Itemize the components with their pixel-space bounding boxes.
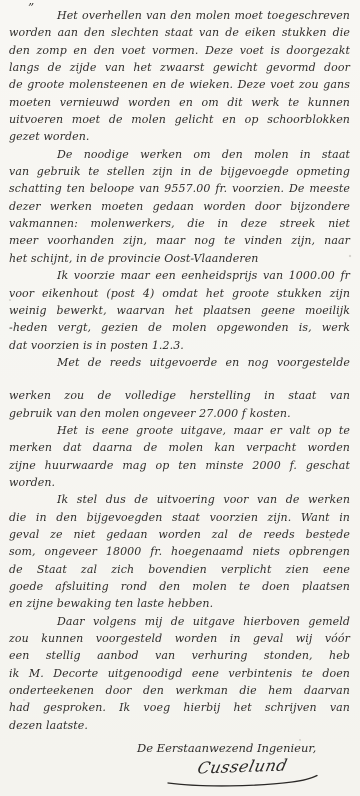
handwritten-line: moeten vernieuwd worden en om dit werk t…: [5, 94, 355, 111]
handwritten-line: gezet worden.: [5, 128, 355, 145]
signature: Cusselund: [127, 758, 357, 788]
handwritten-line: onderteekenen door den werkman die hem d…: [5, 682, 355, 699]
handwritten-line: werken zou de volledige herstelling in s…: [5, 387, 355, 404]
handwritten-line: zou kunnen voorgesteld worden in geval w…: [5, 630, 355, 647]
handwritten-line: zijne huurwaarde mag op ten minste 2000 …: [5, 457, 355, 474]
handwritten-line: ik M. Decorte uitgenoodigd eene verbinte…: [5, 665, 355, 682]
handwritten-line: Het is eene groote uitgave, maar er valt…: [5, 422, 355, 439]
closing-line: De Eerstaanwezend Ingenieur,: [127, 741, 357, 756]
handwritten-line: goede afsluiting rond den molen te doen …: [5, 578, 355, 595]
handwritten-line: dat voorzien is in posten 1.2.3.: [5, 337, 355, 354]
handwritten-line: geval ze niet gedaan worden zal de reeds…: [5, 526, 355, 543]
handwritten-line: de groote molensteenen en de wieken. Dez…: [5, 76, 355, 93]
handwritten-line: Met de reeds uitgevoerde en nog voorgest…: [5, 354, 355, 371]
handwritten-line: die in den bijgevoegden staat voorzien z…: [5, 509, 355, 526]
scanned-letter-page: ” Het overhellen van den molen moet toeg…: [0, 0, 360, 796]
handwritten-line: schatting ten beloope van 9557.00 fr. vo…: [5, 180, 355, 197]
handwritten-line: merken dat daarna de molen kan verpacht …: [5, 439, 355, 456]
handwritten-line: worden aan den slechten staat van de eik…: [5, 24, 355, 41]
handwritten-line: Daar volgens mij de uitgave hierboven ge…: [5, 613, 355, 630]
handwritten-line: meer voorhanden zijn, maar nog te vinden…: [5, 232, 355, 249]
letter-body: Het overhellen van den molen moet toeges…: [5, 7, 355, 734]
handwritten-line: dezen laatste.: [5, 717, 355, 734]
handwritten-line: de Staat zal zich bovendien verplicht zi…: [5, 561, 355, 578]
signature-name: Cusselund: [195, 757, 288, 778]
handwritten-line: had gesproken. Ik voeg hierbij het schri…: [5, 699, 355, 716]
handwritten-line: van gebruik te stellen zijn in de bijgev…: [5, 163, 355, 180]
handwritten-line: uitvoeren moet de molen gelicht en op sc…: [5, 111, 355, 128]
handwritten-line: het schijnt, in de provincie Oost-Vlaand…: [5, 250, 355, 267]
handwritten-line: De noodige werken om den molen in staat: [5, 146, 355, 163]
signature-flourish-icon: [162, 774, 322, 788]
handwritten-line: dezer werken moeten gedaan worden door b…: [5, 198, 355, 215]
handwritten-line: som, ongeveer 18000 fr. hoegenaamd niets…: [5, 543, 355, 560]
handwritten-line: en zijne bewaking ten laste hebben.: [5, 595, 355, 612]
handwritten-line: den zomp en den voet vormen. Deze voet i…: [5, 42, 355, 59]
handwritten-line: voor eikenhout (post 4) omdat het groote…: [5, 285, 355, 302]
handwritten-line: -heden vergt, gezien de molen opgewonden…: [5, 319, 355, 336]
handwritten-line: Ik stel dus de uitvoering voor van de we…: [5, 491, 355, 508]
handwritten-line: langs de zijde van het zwaarst gewicht g…: [5, 59, 355, 76]
handwritten-line: Ik voorzie maar een eenheidsprijs van 10…: [5, 267, 355, 284]
handwritten-line: een stellig aanbod van verhuring stonden…: [5, 647, 355, 664]
handwritten-line: Het overhellen van den molen moet toeges…: [5, 7, 355, 24]
handwritten-line: vakmannen: molenwerkers, die in deze str…: [5, 215, 355, 232]
handwritten-line: weinig bewerkt, waarvan het plaatsen gee…: [5, 302, 355, 319]
handwritten-line: gebruik van den molen ongeveer 27.000 f …: [5, 405, 355, 422]
closing-block: De Eerstaanwezend Ingenieur, Cusselund: [127, 741, 357, 788]
handwritten-line: worden.: [5, 474, 355, 491]
